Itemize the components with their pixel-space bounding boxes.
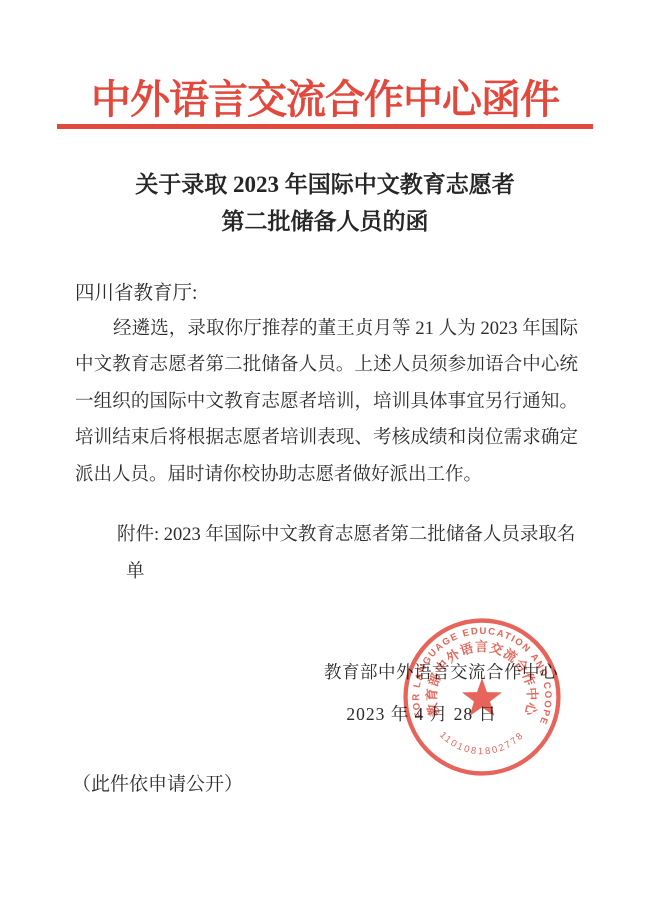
body-paragraph-line: 培训结束后将根据志愿者培训表现、考核成绩和岗位需求确定 [75,423,578,449]
seal-serial-number: 1101081802778 [437,730,527,758]
body-paragraph-line: 经遴选，录取你厅推荐的董王贞月等 21 人为 2023 年国际 [75,314,578,340]
seal-ring [406,621,559,774]
letter-date: 2023 年 4 月 28 日 [346,701,497,726]
attachment-note-line2: 单 [75,557,145,583]
letterhead-divider [57,124,593,129]
body-paragraph-line: 派出人员。届时请你校协助志愿者做好派出工作。 [75,460,578,486]
letter-page: 中外语言交流合作中心函件 关于录取 2023 年国际中文教育志愿者 第二批储备人… [0,0,650,917]
body-paragraph-line: 一组织的国际中文教育志愿者培训，培训具体事宜另行通知。 [75,387,578,413]
document-title-line2: 第二批储备人员的函 [0,203,650,240]
letterhead-title: 中外语言交流合作中心函件 [0,68,650,125]
body-paragraph-line: 中文教育志愿者第二批储备人员。上述人员须参加语合中心统 [75,350,578,376]
official-seal: CENTER FOR LANGUAGE EDUCATION AND COOPER… [396,611,568,783]
footer-disclosure-note: （此件依申请公开） [72,769,243,796]
document-title: 关于录取 2023 年国际中文教育志愿者 第二批储备人员的函 [0,166,650,240]
document-title-line1: 关于录取 2023 年国际中文教育志愿者 [0,166,650,203]
salutation: 四川省教育厅: [75,277,197,305]
signer-name: 教育部中外语言交流合作中心 [324,659,558,684]
attachment-note-line1: 附件: 2023 年国际中文教育志愿者第二批储备人员录取名 [75,520,585,546]
